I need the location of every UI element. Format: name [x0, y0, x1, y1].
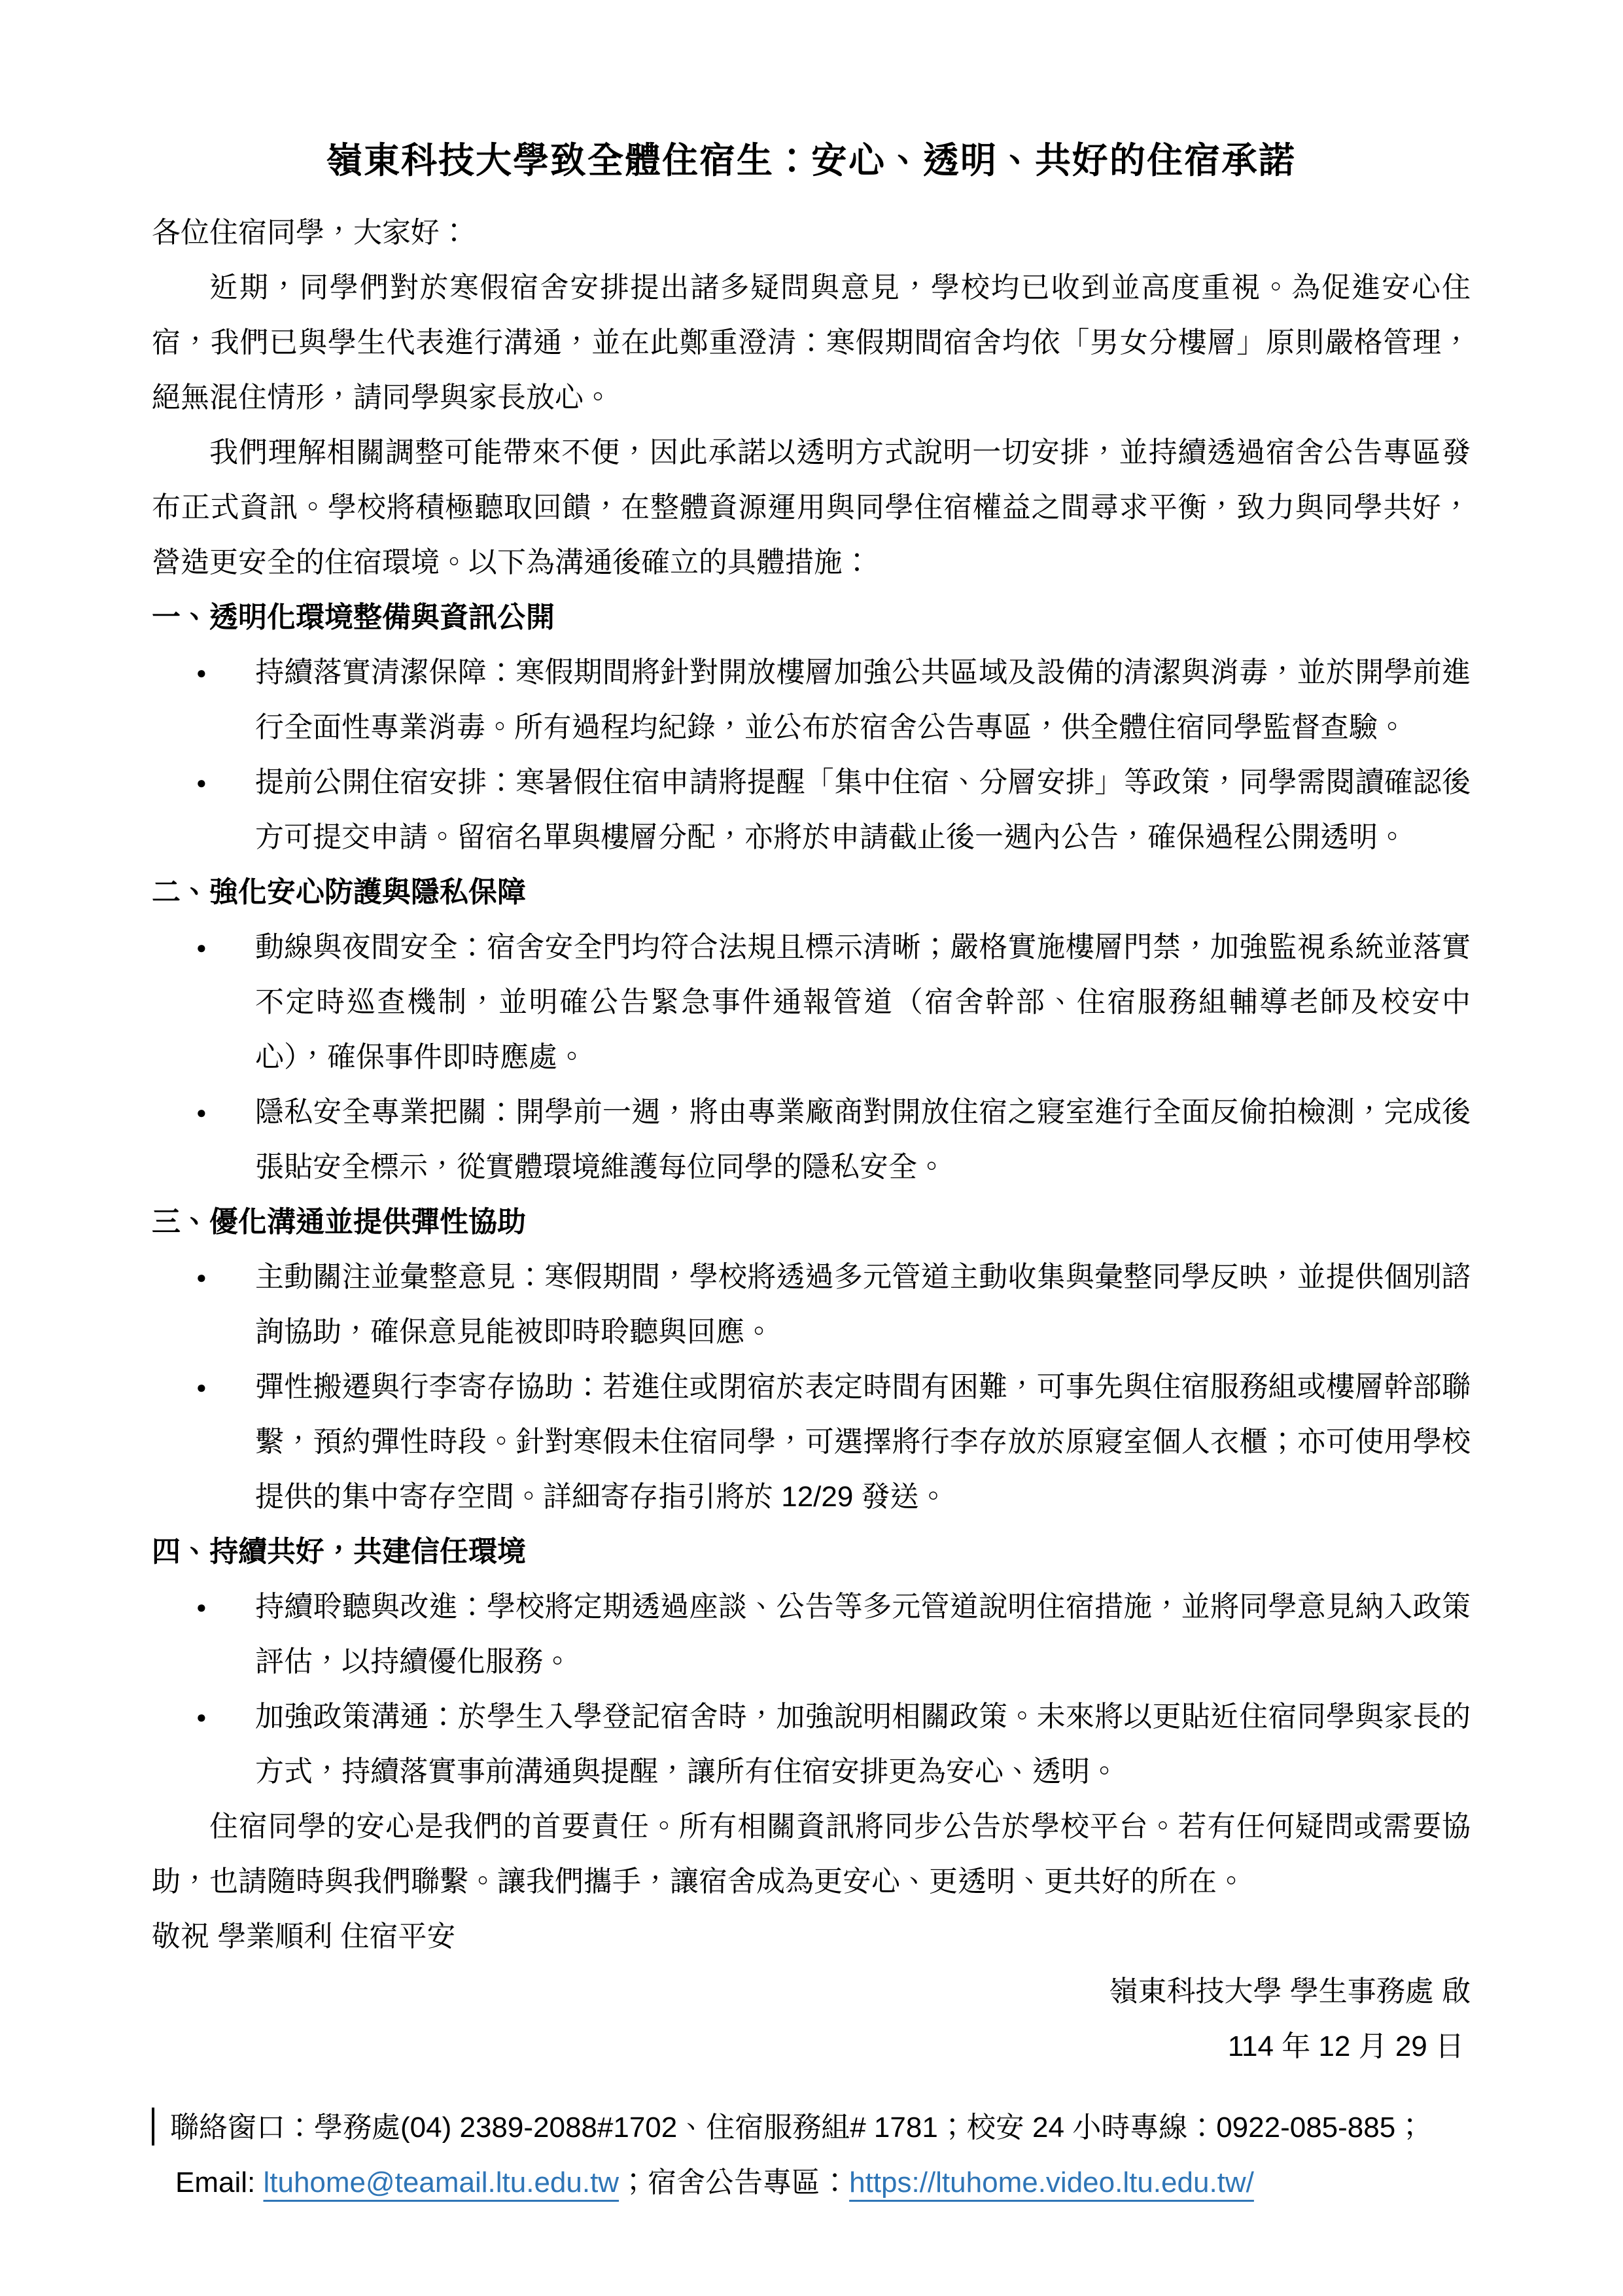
- email-link[interactable]: ltuhome@teamail.ltu.edu.tw: [263, 2166, 619, 2199]
- links-line: Email: ltuhome@teamail.ltu.edu.tw；宿舍公告專區…: [152, 2155, 1471, 2210]
- bullet-icon: ●: [196, 920, 207, 975]
- bullet-icon: ●: [196, 755, 207, 810]
- closing-paragraph: 住宿同學的安心是我們的首要責任。所有相關資訊將同步公告於學校平台。若有任何疑問或…: [152, 1799, 1471, 1909]
- list-item-text: 彈性搬遷與行李寄存協助：若進住或閉宿於表定時間有困難，可事先與住宿服務組或樓層幹…: [255, 1371, 1471, 1513]
- list-item-text: 加強政策溝通：於學生入學登記宿舍時，加強說明相關政策。未來將以更貼近住宿同學與家…: [255, 1701, 1471, 1788]
- bullet-icon: ●: [196, 1360, 207, 1415]
- board-label: ；宿舍公告專區：: [619, 2166, 849, 2199]
- list-item-text: 隱私安全專業把關：開學前一週，將由專業廠商對開放住宿之寢室進行全面反偷拍檢測，完…: [255, 1096, 1471, 1183]
- list-item-text: 動線與夜間安全：宿舍安全門均符合法規且標示清晰；嚴格實施樓層門禁，加強監視系統並…: [255, 931, 1471, 1073]
- intro-paragraph-2: 我們理解相關調整可能帶來不便，因此承諾以透明方式說明一切安排，並持續透過宿舍公告…: [152, 425, 1471, 590]
- section-heading-2: 二、強化安心防護與隱私保障: [152, 865, 1471, 920]
- list-item-text: 持續落實清潔保障：寒假期間將針對開放樓層加強公共區域及設備的清潔與消毒，並於開學…: [255, 656, 1471, 743]
- document-page: 嶺東科技大學致全體住宿生：安心、透明、共好的住宿承諾 各位住宿同學，大家好： 近…: [0, 0, 1623, 2296]
- list-item: ● 動線與夜間安全：宿舍安全門均符合法規且標示清晰；嚴格實施樓層門禁，加強監視系…: [152, 920, 1471, 1085]
- list-item: ● 加強政策溝通：於學生入學登記宿舍時，加強說明相關政策。未來將以更貼近住宿同學…: [152, 1689, 1471, 1799]
- list-item: ● 彈性搬遷與行李寄存協助：若進住或閉宿於表定時間有困難，可事先與住宿服務組或樓…: [152, 1360, 1471, 1525]
- dorm-board-link[interactable]: https://ltuhome.video.ltu.edu.tw/: [849, 2166, 1254, 2199]
- list-item: ● 持續聆聽與改進：學校將定期透過座談、公告等多元管道說明住宿措施，並將同學意見…: [152, 1580, 1471, 1689]
- section-heading-3: 三、優化溝通並提供彈性協助: [152, 1195, 1471, 1250]
- intro-paragraph-1: 近期，同學們對於寒假宿舍安排提出諸多疑問與意見，學校均已收到並高度重視。為促進安…: [152, 260, 1471, 425]
- greeting-line: 各位住宿同學，大家好：: [152, 205, 1471, 260]
- list-item-text: 持續聆聽與改進：學校將定期透過座談、公告等多元管道說明住宿措施，並將同學意見納入…: [255, 1591, 1471, 1678]
- list-item-text: 提前公開住宿安排：寒暑假住宿申請將提醒「集中住宿、分層安排」等政策，同學需閱讀確…: [255, 766, 1471, 853]
- salute-line: 敬祝 學業順利 住宿平安: [152, 1909, 1471, 1964]
- bullet-icon: ●: [196, 645, 207, 700]
- date-line: 114 年 12 月 29 日: [152, 2019, 1471, 2074]
- section-heading-4: 四、持續共好，共建信任環境: [152, 1525, 1471, 1580]
- signature-line: 嶺東科技大學 學生事務處 啟: [152, 1964, 1471, 2019]
- list-item: ● 持續落實清潔保障：寒假期間將針對開放樓層加強公共區域及設備的清潔與消毒，並於…: [152, 645, 1471, 755]
- list-item: ● 隱私安全專業把關：開學前一週，將由專業廠商對開放住宿之寢室進行全面反偷拍檢測…: [152, 1085, 1471, 1195]
- bullet-icon: ●: [196, 1250, 207, 1305]
- section-heading-1: 一、透明化環境整備與資訊公開: [152, 590, 1471, 645]
- footer-divider-bar: [152, 2108, 154, 2146]
- footer: 聯絡窗口：學務處(04) 2389-2088#1702、住宿服務組# 1781；…: [152, 2100, 1471, 2210]
- list-item: ● 主動關注並彙整意見：寒假期間，學校將透過多元管道主動收集與彙整同學反映，並提…: [152, 1250, 1471, 1360]
- email-label: Email:: [175, 2166, 263, 2199]
- letter-body: 嶺東科技大學致全體住宿生：安心、透明、共好的住宿承諾 各位住宿同學，大家好： 近…: [0, 0, 1623, 2296]
- contact-line-text: 聯絡窗口：學務處(04) 2389-2088#1702、住宿服務組# 1781；…: [170, 2111, 1424, 2144]
- bullet-icon: ●: [196, 1580, 207, 1634]
- list-item-text: 主動關注並彙整意見：寒假期間，學校將透過多元管道主動收集與彙整同學反映，並提供個…: [255, 1261, 1471, 1348]
- contact-line: 聯絡窗口：學務處(04) 2389-2088#1702、住宿服務組# 1781；…: [152, 2100, 1471, 2155]
- list-item: ● 提前公開住宿安排：寒暑假住宿申請將提醒「集中住宿、分層安排」等政策，同學需閱…: [152, 755, 1471, 865]
- page-title: 嶺東科技大學致全體住宿生：安心、透明、共好的住宿承諾: [152, 124, 1471, 196]
- bullet-icon: ●: [196, 1085, 207, 1140]
- bullet-icon: ●: [196, 1689, 207, 1744]
